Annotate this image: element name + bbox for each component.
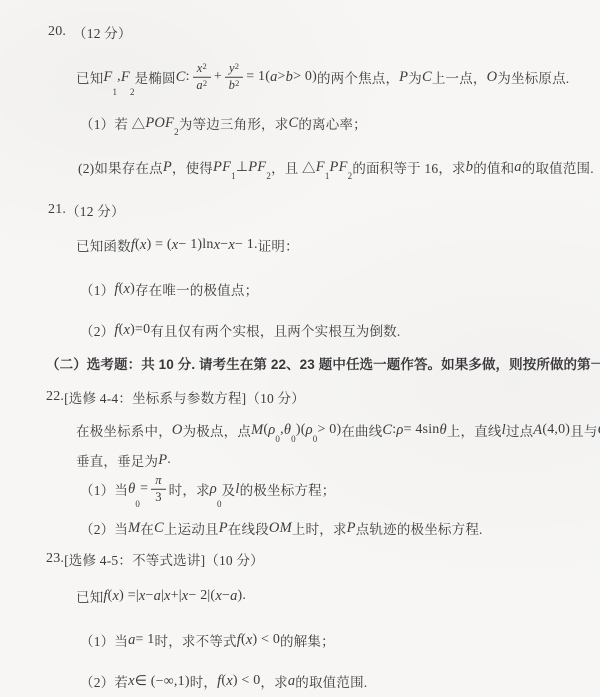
- math-roman: +: [214, 69, 222, 85]
- text-run: （12 分）: [66, 200, 125, 220]
- math-roman: −: [145, 588, 153, 604]
- text-run: 已知: [76, 586, 103, 606]
- text-run: 过点: [506, 420, 533, 440]
- math-roman: 21.: [48, 202, 66, 218]
- math-variable: PF: [248, 159, 266, 176]
- superscript: 2: [202, 61, 206, 71]
- fraction-numerator: y2: [225, 62, 243, 78]
- document-line: 21.（12 分）: [48, 200, 125, 220]
- text-run: 在曲线: [341, 420, 382, 440]
- text-run: 的两个焦点，: [317, 67, 399, 87]
- document-line: （2）当 M 在 C 上运动且 P 在线段 OM 上时，求 P 点轨迹的极坐标方…: [80, 518, 483, 538]
- text-run: 的取值范围.: [522, 157, 594, 177]
- math-variable: x: [228, 237, 235, 254]
- fraction-denominator: b2: [229, 78, 240, 93]
- text-run: 已知函数: [76, 235, 131, 255]
- text-run: 的极坐标方程；: [240, 479, 336, 499]
- text-run: （二）选考题：共 10 分. 请考生在第 22、23 题中任选一题作答。如果多做…: [46, 353, 600, 373]
- text-run: （1）当: [80, 630, 128, 650]
- math-roman: 22.: [46, 389, 64, 405]
- text-run: 时，: [190, 671, 217, 691]
- text-run: （2）若: [80, 671, 128, 691]
- fraction: y2b2: [225, 62, 243, 93]
- math-variable: x: [182, 588, 189, 605]
- math-roman: −: [222, 588, 230, 604]
- fraction-denominator: a2: [196, 78, 207, 93]
- math-variable: x: [164, 588, 171, 605]
- document-line: 22. [选修 4-4：坐标系与参数方程]（10 分）: [46, 387, 305, 407]
- subscript: 2: [348, 171, 353, 181]
- document-line: 已知函数 f(x) = (x − 1)ln x − x − 1.证明：: [76, 235, 299, 255]
- text-run: 上运动且: [164, 518, 219, 538]
- math-variable: x: [215, 588, 222, 605]
- math-variable: θ: [440, 422, 447, 439]
- math-variable: OM: [269, 520, 292, 537]
- math-roman: = 1: [136, 632, 155, 648]
- math-variable: O: [487, 69, 498, 86]
- math-variable: P: [219, 520, 228, 537]
- math-roman: ) < 0: [233, 673, 261, 689]
- text-run: 为极点，点: [183, 420, 252, 440]
- math-variable: O: [172, 422, 183, 439]
- math-roman: 3: [155, 490, 161, 504]
- math-variable: C: [176, 69, 186, 86]
- subscript: 2: [174, 127, 179, 137]
- text-run: [选修 4-4：坐标系与参数方程]（10 分）: [64, 387, 305, 407]
- math-roman: ) < 0: [252, 632, 280, 648]
- math-roman: ∈ (−∞,1): [135, 673, 190, 690]
- text-run: 上，直线: [447, 420, 502, 440]
- math-roman: =: [140, 481, 148, 497]
- math-roman: :: [186, 69, 190, 85]
- math-roman: = 4sin: [404, 422, 440, 438]
- math-roman: ).: [238, 588, 247, 604]
- text-run: ，且 △: [271, 157, 316, 177]
- text-run: （1）: [80, 279, 114, 299]
- math-variable: ρ: [396, 422, 403, 439]
- math-roman: )=0: [130, 322, 150, 338]
- math-variable: π: [155, 473, 161, 487]
- math-variable: a: [270, 69, 277, 86]
- fraction: π3: [151, 474, 165, 505]
- math-variable: P: [399, 69, 408, 86]
- math-variable: P: [158, 452, 167, 469]
- math-variable: F: [316, 159, 325, 176]
- document-line: 垂直，垂足为 P.: [76, 450, 171, 470]
- math-variable: a: [128, 632, 135, 649]
- text-run: 时，求不等式: [155, 630, 237, 650]
- math-variable: x: [246, 632, 253, 649]
- math-variable: M: [251, 422, 263, 439]
- text-run: （12 分）: [66, 22, 132, 42]
- math-roman: ) =|: [119, 588, 139, 604]
- math-roman: +|: [171, 588, 182, 604]
- math-variable: x: [128, 673, 135, 690]
- text-run: 为等边三角形，求: [179, 113, 289, 133]
- text-run: 的取值范围.: [295, 671, 367, 691]
- subscript: 2: [266, 171, 271, 181]
- math-roman: > 0): [317, 422, 341, 438]
- math-roman: 23.: [46, 551, 64, 567]
- math-variable: a: [514, 159, 521, 176]
- text-run: 在: [140, 518, 154, 538]
- text-run: (2)如果存在点: [78, 157, 163, 177]
- math-roman: >: [278, 69, 286, 85]
- math-variable: θ: [284, 422, 291, 439]
- document-line: （1）当 a = 1 时，求不等式 f(x) < 0 的解集；: [80, 630, 335, 650]
- text-run: （1）若 △: [80, 113, 145, 133]
- fraction-numerator: x2: [193, 62, 211, 78]
- math-variable: PF: [330, 159, 348, 176]
- text-run: 的离心率；: [298, 113, 367, 133]
- math-roman: 20.: [48, 24, 66, 40]
- document-line: 已知 f(x) =|x − a|x+|x − 2|(x − a).: [76, 586, 246, 606]
- document-line: 已知 F1,F2 是椭圆 C : x2a2 + y2b2 = 1(a > b >…: [76, 62, 569, 93]
- subscript: 2: [130, 86, 135, 96]
- math-roman: )(: [296, 422, 306, 438]
- math-variable: a: [154, 588, 161, 605]
- text-run: 已知: [76, 67, 103, 87]
- math-variable: x: [139, 588, 146, 605]
- math-variable: C: [422, 69, 432, 86]
- math-variable: ρ: [268, 422, 275, 439]
- superscript: 2: [235, 61, 239, 71]
- math-variable: x: [123, 322, 130, 339]
- document-line: 在极坐标系中，O 为极点，点 M(ρ0,θ0)(ρ0 > 0) 在曲线 C : …: [76, 420, 600, 440]
- document-line: （2）f(x)=0 有且仅有两个实根，且两个实根互为倒数.: [80, 320, 400, 340]
- fraction-numerator: π: [151, 474, 165, 490]
- math-variable: x: [140, 237, 147, 254]
- text-run: 在线段: [228, 518, 269, 538]
- text-run: （2）当: [80, 518, 128, 538]
- text-run: 点轨迹的极坐标方程.: [356, 518, 483, 538]
- math-variable: POF: [145, 115, 174, 132]
- text-run: 的值和: [473, 157, 514, 177]
- text-run: ，求: [260, 671, 287, 691]
- math-variable: x: [214, 237, 221, 254]
- text-run: ，使得: [172, 157, 213, 177]
- subscript: 0: [291, 434, 296, 444]
- text-run: 垂直，垂足为: [76, 450, 158, 470]
- text-run: 及: [222, 479, 236, 499]
- text-run: 存在唯一的极值点；: [135, 279, 258, 299]
- math-roman: > 0): [293, 69, 317, 85]
- text-run: 上一点，: [432, 67, 487, 87]
- math-variable: θ: [128, 481, 135, 498]
- text-run: 上时，求: [292, 518, 347, 538]
- subscript: 0: [217, 498, 222, 508]
- document-line: （1）f(x) 存在唯一的极值点；: [80, 279, 258, 299]
- fraction: x2a2: [193, 62, 211, 93]
- exam-page: 20. （12 分）已知 F1,F2 是椭圆 C : x2a2 + y2b2 =…: [0, 0, 600, 697]
- subscript: 1: [231, 171, 236, 181]
- document-line: 20. （12 分）: [48, 22, 132, 42]
- math-variable: C: [382, 422, 392, 439]
- subscript: 1: [112, 86, 117, 96]
- math-roman: − 2|(: [188, 588, 215, 604]
- math-variable: F: [103, 69, 112, 86]
- text-run: 有且仅有两个实根，且两个实根互为倒数.: [150, 320, 400, 340]
- math-variable: x: [123, 281, 130, 298]
- math-variable: ρ: [306, 422, 313, 439]
- text-run: （1）当: [80, 479, 128, 499]
- text-run: 为坐标原点.: [497, 67, 569, 87]
- math-roman: = 1(: [246, 69, 270, 85]
- document-line: (2)如果存在点 P，使得 PF1 ⊥ PF2，且 △F1PF2 的面积等于 1…: [78, 157, 594, 177]
- document-line: （二）选考题：共 10 分. 请考生在第 22、23 题中任选一题作答。如果多做…: [46, 353, 600, 373]
- math-variable: a: [288, 673, 295, 690]
- math-variable: x: [226, 673, 233, 690]
- document-line: （2）若 x ∈ (−∞,1) 时， f(x) < 0，求 a 的取值范围.: [80, 671, 367, 691]
- text-run: 证明：: [258, 235, 299, 255]
- math-variable: PF: [213, 159, 231, 176]
- math-roman: ⊥: [236, 159, 248, 176]
- subscript: 0: [135, 498, 140, 508]
- subscript: 1: [325, 171, 330, 181]
- text-run: 的面积等于 16，求: [352, 157, 465, 177]
- math-variable: b: [286, 69, 293, 86]
- math-roman: − 1.: [235, 237, 258, 253]
- text-run: 为: [408, 67, 422, 87]
- math-variable: M: [128, 520, 140, 537]
- subscript: 0: [313, 434, 318, 444]
- document-line: （1）当 θ0 = π3 时，求 ρ0 及 l 的极坐标方程；: [80, 474, 336, 505]
- fraction-denominator: 3: [155, 490, 161, 505]
- math-variable: C: [288, 115, 298, 132]
- math-variable: ρ: [210, 481, 217, 498]
- math-variable: F: [121, 69, 130, 86]
- text-run: （2）: [80, 320, 114, 340]
- math-roman: − 1)ln: [178, 237, 213, 253]
- text-run: 时，求: [169, 479, 210, 499]
- document-line: 23. [选修 4-5：不等式选讲]（10 分）: [46, 549, 264, 569]
- text-run: 的解集；: [280, 630, 335, 650]
- superscript: 2: [203, 78, 207, 88]
- math-roman: .: [167, 452, 171, 468]
- math-variable: x: [172, 237, 179, 254]
- text-run: 是椭圆: [135, 67, 176, 87]
- subscript: 0: [275, 434, 280, 444]
- text-run: 在极坐标系中，: [76, 420, 172, 440]
- math-variable: b: [466, 159, 473, 176]
- math-variable: a: [230, 588, 237, 605]
- math-variable: P: [347, 520, 356, 537]
- text-run: [选修 4-5：不等式选讲]（10 分）: [64, 549, 264, 569]
- document-line: （1）若 △POF2 为等边三角形，求 C 的离心率；: [80, 113, 367, 133]
- text-run: 且与: [570, 420, 597, 440]
- superscript: 2: [235, 78, 239, 88]
- math-variable: C: [154, 520, 164, 537]
- math-roman: (4,0): [542, 422, 570, 438]
- math-roman: ) = (: [147, 237, 172, 253]
- math-variable: A: [533, 422, 542, 439]
- math-variable: P: [163, 159, 172, 176]
- math-variable: x: [113, 588, 120, 605]
